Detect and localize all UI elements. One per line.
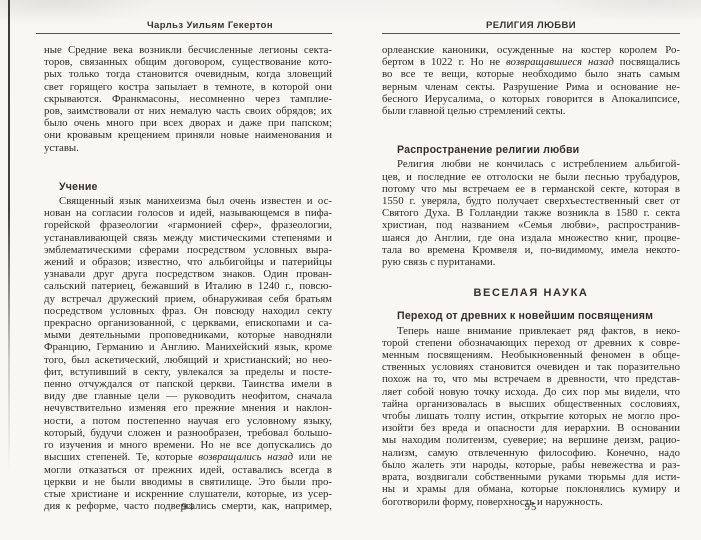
text-line: го изучения и много времени. Но не все д…	[44, 439, 332, 451]
text-line: было очень много при всех дворах и даже …	[44, 117, 332, 129]
text-line: рую связь с пуританами.	[382, 256, 680, 268]
text-line: Святого Духа. В Голландии также возникла…	[382, 207, 680, 219]
text-line: который, будучи сложен и разнообразен, т…	[44, 427, 332, 439]
subheading: Учение	[44, 181, 332, 193]
text-line: скрываются. Франкмасоны, несомненно чере…	[44, 93, 332, 105]
text-line: было жалеть эти народы, которые, рабы не…	[382, 459, 680, 471]
text-line: были главной целью стремлений секты.	[382, 105, 680, 117]
text-line: рых только тогда становится очевидным, к…	[44, 68, 332, 80]
text-line: того, был аскетический, любящий и христи…	[44, 354, 332, 366]
text-line: пенно отчуждался от папской церкви. Таин…	[44, 378, 332, 390]
text-line: верным членам секты. Разрушение Рима и о…	[382, 81, 680, 93]
text-line: посредством условных фраз. Он повсюду на…	[44, 305, 332, 317]
scan-edge-line	[8, 0, 10, 500]
page-body: орлеанские каноники, осужденные на косте…	[382, 44, 680, 508]
text-line: нован на согласии голосов и идей, называ…	[44, 207, 332, 219]
text-line: эмблематическими сферами посредством усл…	[44, 244, 332, 256]
text-line: менным посвящениям. Необыкновенный феном…	[382, 349, 680, 361]
text-line: ные Средние века возникли бесчисленные л…	[44, 44, 332, 56]
text-line: Религия любви не кончилась с истребление…	[382, 158, 680, 170]
subheading: Переход от древних к новейшим посвящения…	[382, 310, 680, 322]
left-page: Чарльз Уильям Гекертон ные Средние века …	[44, 0, 332, 540]
text-line: ляет собой новую точку исхода. До сих по…	[382, 386, 680, 398]
text-line: христиан, под названием «Семья любви», р…	[382, 219, 680, 231]
text-line: потому что мы встречаем ее в германской …	[382, 183, 680, 195]
book-scan-spread: Чарльз Уильям Гекертон ные Средние века …	[0, 0, 701, 540]
text-line: уставы.	[44, 142, 332, 154]
text-line: похож на то, что мы встречаем в древност…	[382, 373, 680, 385]
text-line: церкви и не были вводимы в святилище. Эт…	[44, 476, 332, 488]
text-line: изойти без вреда и опасности для иерархи…	[382, 422, 680, 434]
text-line: во все те вещи, которые необходимо было …	[382, 68, 680, 80]
page-number: 94	[44, 502, 332, 513]
text-line: устанавливающей связь между мистическими…	[44, 232, 332, 244]
text-line: высших степеней. Те, которые возвращалис…	[44, 451, 332, 463]
section-heading: ВЕСЕЛАЯ НАУКА	[382, 287, 680, 299]
text-line: торов, связанных общим договором, сущест…	[44, 56, 332, 68]
paragraph: Теперь наше внимание привлекает ряд факт…	[382, 325, 680, 508]
text-line: ду встречал дружеский прием, обнаруживая…	[44, 293, 332, 305]
text-line: тала во времена Кромвеля и, по-видимому,…	[382, 244, 680, 256]
page-body: ные Средние века возникли бесчисленные л…	[44, 44, 332, 512]
text-line: свет горящего костра запылает в темноте,…	[44, 81, 332, 93]
text-line: торой степени обозначающих переход от др…	[382, 337, 680, 349]
text-line: сальский патериец, бежавший в Италию в 1…	[44, 280, 332, 292]
text-line: Священный язык манихеизма был очень изве…	[44, 195, 332, 207]
text-line: нечувствительно изменяя его прежние мнен…	[44, 402, 332, 414]
text-line: горейской фразеологии «гармонией сфер», …	[44, 219, 332, 231]
right-page: РЕЛИГИЯ ЛЮБВИ орлеанские каноники, осужд…	[382, 0, 680, 540]
text-line: Теперь наше внимание привлекает ряд факт…	[382, 325, 680, 337]
paragraph: Священный язык манихеизма был очень изве…	[44, 195, 332, 512]
text-line: жений и образов; известно, что альбигойц…	[44, 256, 332, 268]
text-line: чтобы лишать толпу истин, открытие котор…	[382, 410, 680, 422]
text-line: 1550 г. уверяла, будто получает сверхъес…	[382, 195, 680, 207]
text-line: ности, а потом постепенно научая его усл…	[44, 415, 332, 427]
text-line: бертом в 1022 г. Но не возвращавшиеся на…	[382, 56, 680, 68]
text-line: стые христиане и искренние слушатели, ко…	[44, 488, 332, 500]
running-head-rule	[382, 33, 680, 34]
text-line: бесного Иерусалима, о которых говорится …	[382, 93, 680, 105]
text-line: мыми деятельными проповедниками, которые…	[44, 329, 332, 341]
text-line: ственных условиях становится очевиден и …	[382, 361, 680, 373]
text-line: фит, вступивший в секту, увлекался за пр…	[44, 366, 332, 378]
text-line: врата, воздвигали собственными руками тю…	[382, 471, 680, 483]
text-line: ны и храмы для обмана, которые поклоняли…	[382, 483, 680, 495]
text-line: орлеанские каноники, осужденные на косте…	[382, 44, 680, 56]
text-line: шаяся до Англии, где она издала множеств…	[382, 232, 680, 244]
text-line: нализм, самую отвлеченную философию. Кон…	[382, 447, 680, 459]
text-line: виду две главные цели — руководить неофи…	[44, 390, 332, 402]
paragraph: ные Средние века возникли бесчисленные л…	[44, 44, 332, 154]
text-line: Францию, Германию и Англию. Манихейский …	[44, 341, 332, 353]
text-line: мы находим политеизм, суеверие; на верши…	[382, 434, 680, 446]
paragraph: орлеанские каноники, осужденные на косте…	[382, 44, 680, 117]
subheading: Распространение религии любви	[382, 144, 680, 156]
text-line: тайна организовалась в высших общественн…	[382, 398, 680, 410]
running-head: Чарльз Уильям Гекертон	[66, 20, 354, 31]
text-line: цев, и последние ее отголоски не были пе…	[382, 171, 680, 183]
text-line: прекрасно организованной, с церквами, еп…	[44, 317, 332, 329]
page-number: 95	[382, 502, 680, 513]
text-line: ров, заимствовали от них немалую часть с…	[44, 105, 332, 117]
paragraph: Религия любви не кончилась с истребление…	[382, 158, 680, 268]
text-line: могли отказаться от прежних идей, остава…	[44, 464, 332, 476]
running-head: РЕЛИГИЯ ЛЮБВИ	[382, 20, 680, 31]
running-head-rule	[36, 33, 332, 34]
text-line: они кровавым крещением приняли новые наи…	[44, 129, 332, 141]
text-line: узнавали друг друга посредством знаков. …	[44, 268, 332, 280]
